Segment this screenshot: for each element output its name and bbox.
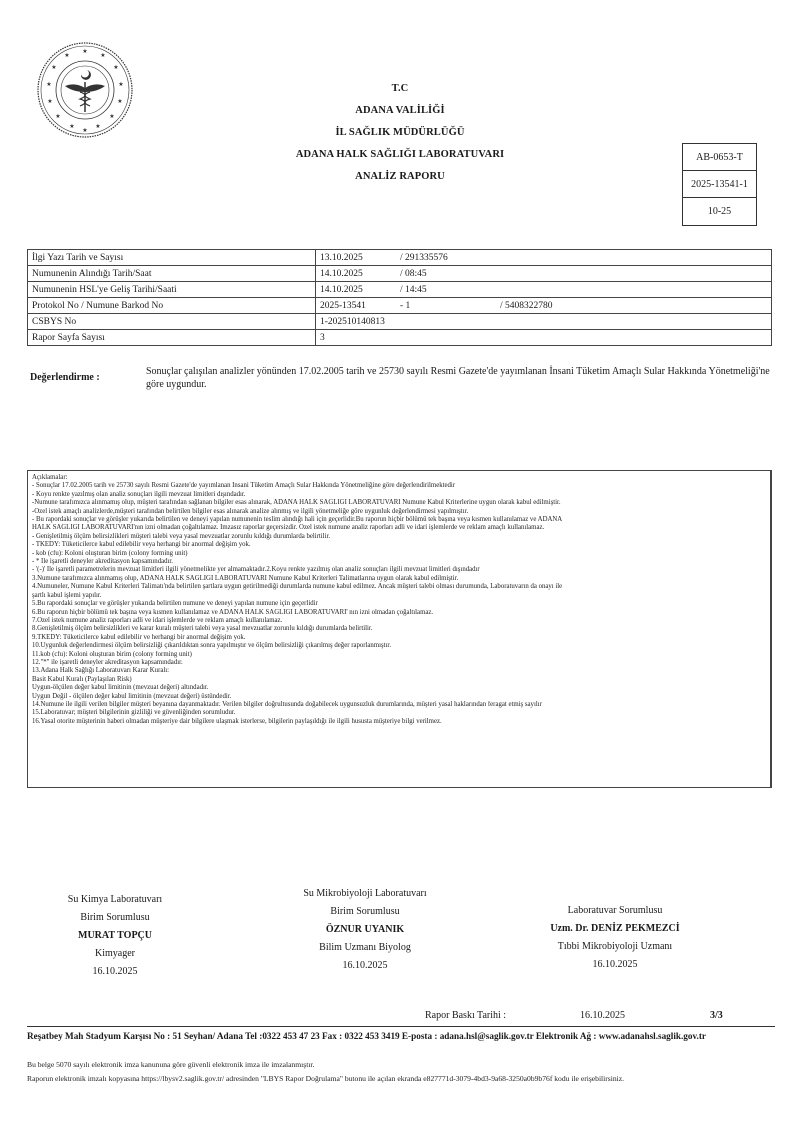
sig-date: 16.10.2025: [290, 957, 440, 975]
sig-role: Birim Sorumlusu: [290, 903, 440, 921]
note-line: 3.Numune tarafımızca alınmamış olup, ADA…: [32, 575, 766, 583]
page-number: 3/3: [710, 1010, 723, 1021]
svg-text:★: ★: [113, 64, 118, 71]
note-line: 9.TKEDY: Tüketicilerce kabul edilebilir …: [32, 634, 766, 642]
note-line: - Genişletilmiş ölçüm belirsizlikleri mü…: [32, 533, 766, 541]
info-value-1: 14.10.2025: [320, 285, 400, 295]
explanations-box: Açıklamalar:- Sonuçlar 17.02.2005 tarih …: [27, 470, 772, 788]
note-line: Basit Kabul Kuralı (Paylaşılan Risk): [32, 676, 766, 684]
note-line: - Koyu renkte yazılmış olan analiz sonuç…: [32, 491, 766, 499]
evaluation-label: Değerlendirme :: [30, 372, 100, 383]
info-row: Protokol No / Numune Barkod No2025-13541…: [28, 298, 772, 314]
header-tc: T.C: [0, 78, 800, 100]
sig-name: MURAT TOPÇU: [50, 927, 180, 945]
report-header: T.C ADANA VALİLİĞİ İL SAĞLIK MÜDÜRLÜĞÜ A…: [0, 78, 800, 188]
info-label: Numunenin Alındığı Tarih/Saat: [28, 266, 316, 282]
note-line: 15.Laboratuvar; müşteri bilgilerinin giz…: [32, 709, 766, 717]
footer-address: Reşatbey Mah Stadyum Karşısı No : 51 Sey…: [27, 1030, 777, 1043]
info-value: 14.10.2025/ 08:45: [316, 266, 772, 282]
info-value-1: 13.10.2025: [320, 253, 400, 263]
note-line: 13.Adana Halk Sağlığı Laboratuvarı Karar…: [32, 667, 766, 675]
note-line: - * İle işaretli deneyler akreditasyon k…: [32, 558, 766, 566]
footer-divider: [27, 1026, 775, 1027]
print-date: 16.10.2025: [580, 1010, 625, 1021]
verification-note: Raporun elektronik imzalı kopyasına http…: [27, 1074, 777, 1084]
form-code: AB-0653-T: [683, 144, 756, 171]
info-row: Numunenin Alındığı Tarih/Saat14.10.2025/…: [28, 266, 772, 282]
note-line: 7.Özel istek numune analiz raporları adl…: [32, 617, 766, 625]
sig-title: Bilim Uzmanı Biyolog: [290, 939, 440, 957]
note-line: 6.Bu raporun hiçbir bölümü tek başına ve…: [32, 609, 766, 617]
info-label: Numunenin HSL'ye Geliş Tarihi/Saati: [28, 282, 316, 298]
info-value-3: / 5408322780: [500, 301, 553, 311]
info-label: CSBYS No: [28, 314, 316, 330]
print-date-label: Rapor Baskı Tarihi :: [425, 1010, 506, 1021]
signature-lab-supervisor: Laboratuvar Sorumlusu Uzm. Dr. DENİZ PEK…: [540, 902, 690, 974]
report-number: 2025-13541-1: [683, 171, 756, 198]
note-line: - Sonuçlar 17.02.2005 tarih ve 25730 say…: [32, 482, 766, 490]
note-line: şartlı kabul işlemi yapılır.: [32, 592, 766, 600]
note-line: Uygun Değil - ölçülen değer kabul limiti…: [32, 693, 766, 701]
report-title: ANALİZ RAPORU: [0, 166, 800, 188]
note-line: - TKEDY: Tüketicilerce kabul edilebilir …: [32, 541, 766, 549]
note-line: 16.Yasal otorite müşterinin haberi olmad…: [32, 718, 766, 726]
sig-date: 16.10.2025: [50, 963, 180, 981]
sig-role: Birim Sorumlusu: [50, 909, 180, 927]
svg-text:★: ★: [64, 52, 69, 59]
note-line: 8.Genişletilmiş ölçüm belirsizlikleri ve…: [32, 625, 766, 633]
svg-text:★: ★: [82, 48, 87, 55]
note-line: - '(-)' İle işaretli parametrelerin mevz…: [32, 566, 766, 574]
sig-title: Kimyager: [50, 945, 180, 963]
info-label: Rapor Sayfa Sayısı: [28, 330, 316, 346]
note-line: -Özel istek amaçlı analizlerde,müşteri t…: [32, 508, 766, 516]
note-line: 14.Numune ile ilgili verilen bilgiler mü…: [32, 701, 766, 709]
note-line: - Bu rapordaki sonuçlar ve görüşler yuka…: [32, 516, 766, 524]
sig-name: ÖZNUR UYANIK: [290, 921, 440, 939]
info-value: 1-202510140813: [316, 314, 772, 330]
sig-role: Laboratuvar Sorumlusu: [540, 902, 690, 920]
sample-info-table: İlgi Yazı Tarih ve Sayısı13.10.2025/ 291…: [27, 249, 772, 346]
info-value-1: 1-202510140813: [320, 317, 400, 327]
document-code-box: AB-0653-T 2025-13541-1 10-25: [682, 143, 757, 226]
info-row: CSBYS No1-202510140813: [28, 314, 772, 330]
header-governorship: ADANA VALİLİĞİ: [0, 100, 800, 122]
info-value: 13.10.2025/ 291335576: [316, 250, 772, 266]
info-value-2: / 08:45: [400, 269, 500, 279]
svg-text:★: ★: [51, 64, 56, 71]
note-line: Uygun-ölçülen değer kabul limitinin (mev…: [32, 684, 766, 692]
note-line: - kob (cfu): Koloni oluşturan birim (col…: [32, 550, 766, 558]
info-value: 3: [316, 330, 772, 346]
signature-water-chemistry: Su Kimya Laboratuvarı Birim Sorumlusu MU…: [50, 891, 180, 981]
info-value: 2025-13541- 1/ 5408322780: [316, 298, 772, 314]
revision-code: 10-25: [683, 198, 756, 225]
info-label: Protokol No / Numune Barkod No: [28, 298, 316, 314]
print-info: Rapor Baskı Tarihi : 16.10.2025 3/3: [0, 1010, 800, 1024]
header-directorate: İL SAĞLIK MÜDÜRLÜĞÜ: [0, 122, 800, 144]
info-value: 14.10.2025/ 14:45: [316, 282, 772, 298]
note-line: -Numune tarafımızca alınmamış olup, müşt…: [32, 499, 766, 507]
info-row: Rapor Sayfa Sayısı3: [28, 330, 772, 346]
sig-unit: Su Kimya Laboratuvarı: [50, 891, 180, 909]
evaluation-text: Sonuçlar çalışılan analizler yönünden 17…: [146, 365, 776, 391]
info-row: İlgi Yazı Tarih ve Sayısı13.10.2025/ 291…: [28, 250, 772, 266]
note-line: HALK SAĞLIĞI LABORATUVARI'nın izni olmad…: [32, 524, 766, 532]
sig-unit: Su Mikrobiyoloji Laboratuvarı: [290, 885, 440, 903]
notes-heading: Açıklamalar:: [32, 474, 766, 482]
note-line: 10.Uygunluk değerlendirmesi ölçüm belirs…: [32, 642, 766, 650]
info-value-2: / 291335576: [400, 253, 500, 263]
info-value-1: 2025-13541: [320, 301, 400, 311]
info-value-2: / 14:45: [400, 285, 500, 295]
sig-name: Uzm. Dr. DENİZ PEKMEZCİ: [540, 920, 690, 938]
info-label: İlgi Yazı Tarih ve Sayısı: [28, 250, 316, 266]
sig-date: 16.10.2025: [540, 956, 690, 974]
note-line: 5.Bu rapordaki sonuçlar ve görüşler yuka…: [32, 600, 766, 608]
signature-water-microbiology: Su Mikrobiyoloji Laboratuvarı Birim Soru…: [290, 885, 440, 975]
svg-text:★: ★: [100, 52, 105, 59]
note-line: 12."*" ile işaretli deneyler akreditasyo…: [32, 659, 766, 667]
info-row: Numunenin HSL'ye Geliş Tarihi/Saati14.10…: [28, 282, 772, 298]
sig-title: Tıbbi Mikrobiyoloji Uzmanı: [540, 938, 690, 956]
note-line: 11.kob (cfu): Koloni oluşturan birim (co…: [32, 651, 766, 659]
info-value-2: - 1: [400, 301, 500, 311]
note-line: 4.Numuneler, Numune Kabul Kriterleri Tal…: [32, 583, 766, 591]
header-lab-name: ADANA HALK SAĞLIĞI LABORATUVARI: [0, 144, 800, 166]
info-value-1: 3: [320, 333, 400, 343]
esign-note: Bu belge 5070 sayılı elektronik imza kan…: [27, 1060, 777, 1070]
info-value-1: 14.10.2025: [320, 269, 400, 279]
